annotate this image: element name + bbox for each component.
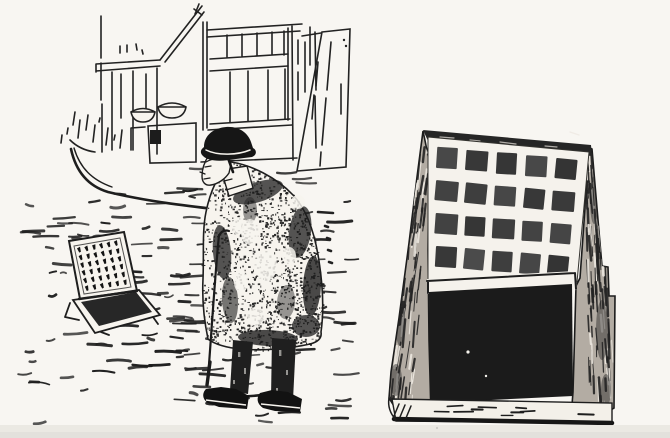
door-knob-dot bbox=[343, 39, 345, 41]
bowl bbox=[131, 109, 155, 123]
page-bottom-shade-deep bbox=[0, 432, 670, 438]
device-closeup bbox=[385, 130, 621, 429]
stand-dark-box bbox=[150, 130, 161, 144]
illustration-page bbox=[0, 0, 670, 438]
slate-speck bbox=[466, 350, 469, 353]
illustration-canvas bbox=[0, 0, 670, 438]
bowl bbox=[158, 103, 186, 118]
slate-panel bbox=[429, 284, 573, 403]
device-lid bbox=[69, 232, 137, 299]
slate-speck bbox=[485, 375, 487, 377]
door-knob-dot bbox=[345, 45, 347, 47]
